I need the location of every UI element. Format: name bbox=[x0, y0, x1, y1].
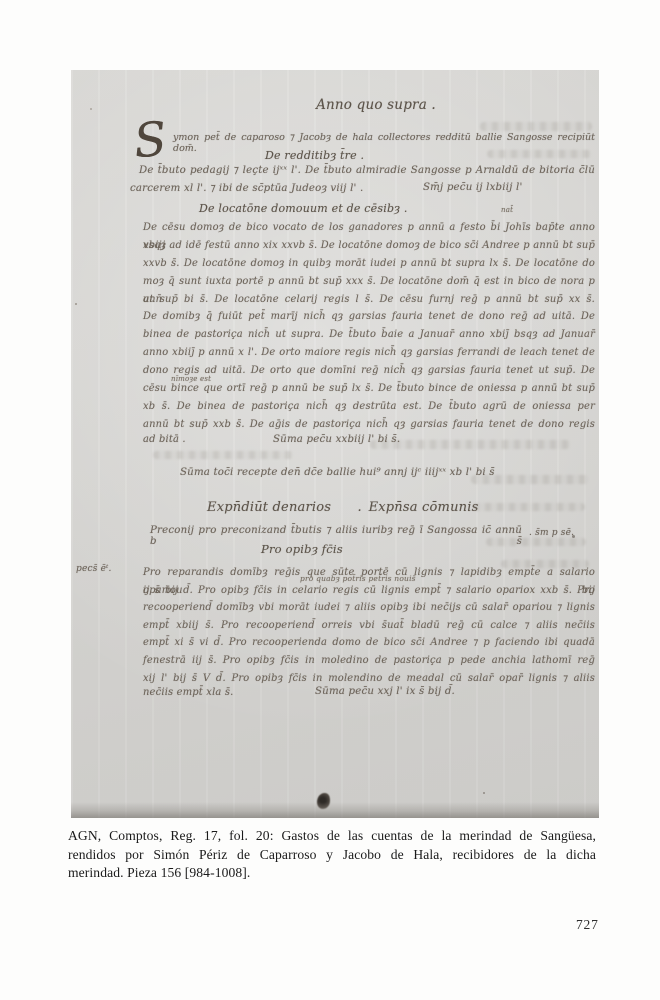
manuscript-line: xij l' bij s̄ V d̄. Pro opibȝ fc̄is in m… bbox=[143, 670, 595, 688]
caption-line: AGN, Comptos, Reg. 17, fol. 20: Gastos d… bbox=[68, 827, 596, 846]
ink-bleedthrough bbox=[501, 560, 589, 568]
manuscript-line: moȝ q̄ sunt iuxta portē p annū bt sup̄ x… bbox=[143, 273, 595, 291]
census-paragraph: De cēsu domoȝ de bico vocato de los gana… bbox=[143, 219, 595, 434]
manuscript-line: binea de pastoriça nich̄ ut supra. De t̄… bbox=[143, 326, 595, 344]
ink-bleedthrough bbox=[487, 150, 591, 158]
manuscript-line: De cēsu domoȝ de bico vocato de los gana… bbox=[143, 219, 595, 237]
manuscript-photo: Anno quo supra . S ymon pet̄ de caparoso… bbox=[71, 70, 599, 818]
ink-bleedthrough bbox=[471, 475, 589, 484]
ink-blot bbox=[317, 793, 330, 809]
manuscript-line: vsqȝ ad idē festū anno xix xxvb s̄. De l… bbox=[143, 237, 595, 255]
manuscript-heading-locatione: De locatōne domouum et de cēsibȝ . bbox=[199, 202, 408, 215]
manuscript-line: empt̄ xi s̄ vi d̄. Pro recooperienda dom… bbox=[143, 634, 595, 652]
manuscript-line: annū bt sup̄ xxb s̄. De aḡis de pastoriç… bbox=[143, 416, 595, 434]
manuscript-summa-partial: Sm̄j pec̄u ij lxbiij l' bbox=[423, 182, 522, 193]
manuscript-subheading-redditibus: De redditibȝ t̄re . bbox=[265, 149, 364, 162]
speck bbox=[572, 535, 575, 538]
manuscript-summa-expensa: Sūma pec̄u xxj l' ix s̄ bij d̄. bbox=[315, 686, 455, 697]
manuscript-line: xxvb s̄. De locatōne domoȝ in quibȝ morā… bbox=[143, 255, 595, 273]
manuscript-line: nec̄iis empt̄ xla s̄. bbox=[143, 687, 233, 698]
opibus-paragraph: Pro reparandis domībȝ reḡis que sūte por… bbox=[143, 564, 595, 687]
ink-bleedthrough bbox=[153, 451, 293, 459]
manuscript-heading-expensa: Expn̄diūt denarios . Expn̄sa cōmunis bbox=[207, 500, 478, 515]
manuscript-line: ij s̄ bij d̄. Pro opibȝ fc̄is in celario… bbox=[143, 582, 595, 600]
manuscript-line: carcerem xl l'. ⁊ ibi de sc̄ptūa Judeoȝ … bbox=[130, 183, 363, 194]
ink-bleedthrough bbox=[480, 122, 592, 131]
caption-line: merindad. Pieza 156 [984-1008]. bbox=[68, 864, 596, 883]
figure-caption: AGN, Comptos, Reg. 17, fol. 20: Gastos d… bbox=[68, 827, 596, 883]
manuscript-line: empt̄ xbiij s̄. Pro recooperiend̄ orreis… bbox=[143, 617, 595, 635]
manuscript-line: fenestrā iij s̄. Pro opibȝ fc̄is in mole… bbox=[143, 652, 595, 670]
speck bbox=[90, 108, 92, 110]
manuscript-line: ad bitā . bbox=[143, 434, 186, 445]
interlinear-note: nat̄ bbox=[501, 206, 513, 214]
ink-bleedthrough bbox=[486, 538, 586, 546]
page-number: 727 bbox=[576, 917, 599, 933]
manuscript-line: De t̄buto pedagij ⁊ leçte ijˣˣ l'. De t̄… bbox=[139, 165, 595, 176]
manuscript-heading-opibus: Pro opibȝ fc̄is bbox=[261, 542, 343, 556]
margin-note-right: . s̄m p sē. bbox=[529, 528, 574, 538]
manuscript-summa-total: Sūma toc̄i recepte den̄ dc̄e ballie hui⁹… bbox=[180, 467, 495, 478]
speck bbox=[75, 303, 77, 305]
interlinear-note: nīmoȝe est bbox=[171, 375, 211, 383]
decorated-initial: S bbox=[132, 116, 168, 166]
margin-note-left: pecs̄ ēᵗ. bbox=[76, 564, 112, 574]
manuscript-line: xb s̄. De binea de pastoriça nich̄ qȝ de… bbox=[143, 398, 595, 416]
manuscript-line: anno xbiij̄ p annū x l'. De orto maiore … bbox=[143, 344, 595, 362]
speck bbox=[483, 792, 485, 794]
manuscript-line: ut sup̄ bi s̄. De locatōne celarij regis… bbox=[143, 291, 595, 309]
manuscript-line: De domibȝ q̄ fuiūt pet̄ marīj nich̄ qȝ g… bbox=[143, 308, 595, 326]
caption-line: rendidos por Simón Périz de Caparroso y … bbox=[68, 846, 596, 865]
ink-bleedthrough bbox=[473, 503, 585, 511]
manuscript-line: recooperiend̄ domībȝ vbi morāt iudei ⁊ a… bbox=[143, 599, 595, 617]
manuscript-heading-anno: Anno quo supra . bbox=[181, 97, 571, 113]
ink-bleedthrough bbox=[370, 440, 570, 449]
book-page: Anno quo supra . S ymon pet̄ de caparoso… bbox=[0, 0, 660, 1000]
